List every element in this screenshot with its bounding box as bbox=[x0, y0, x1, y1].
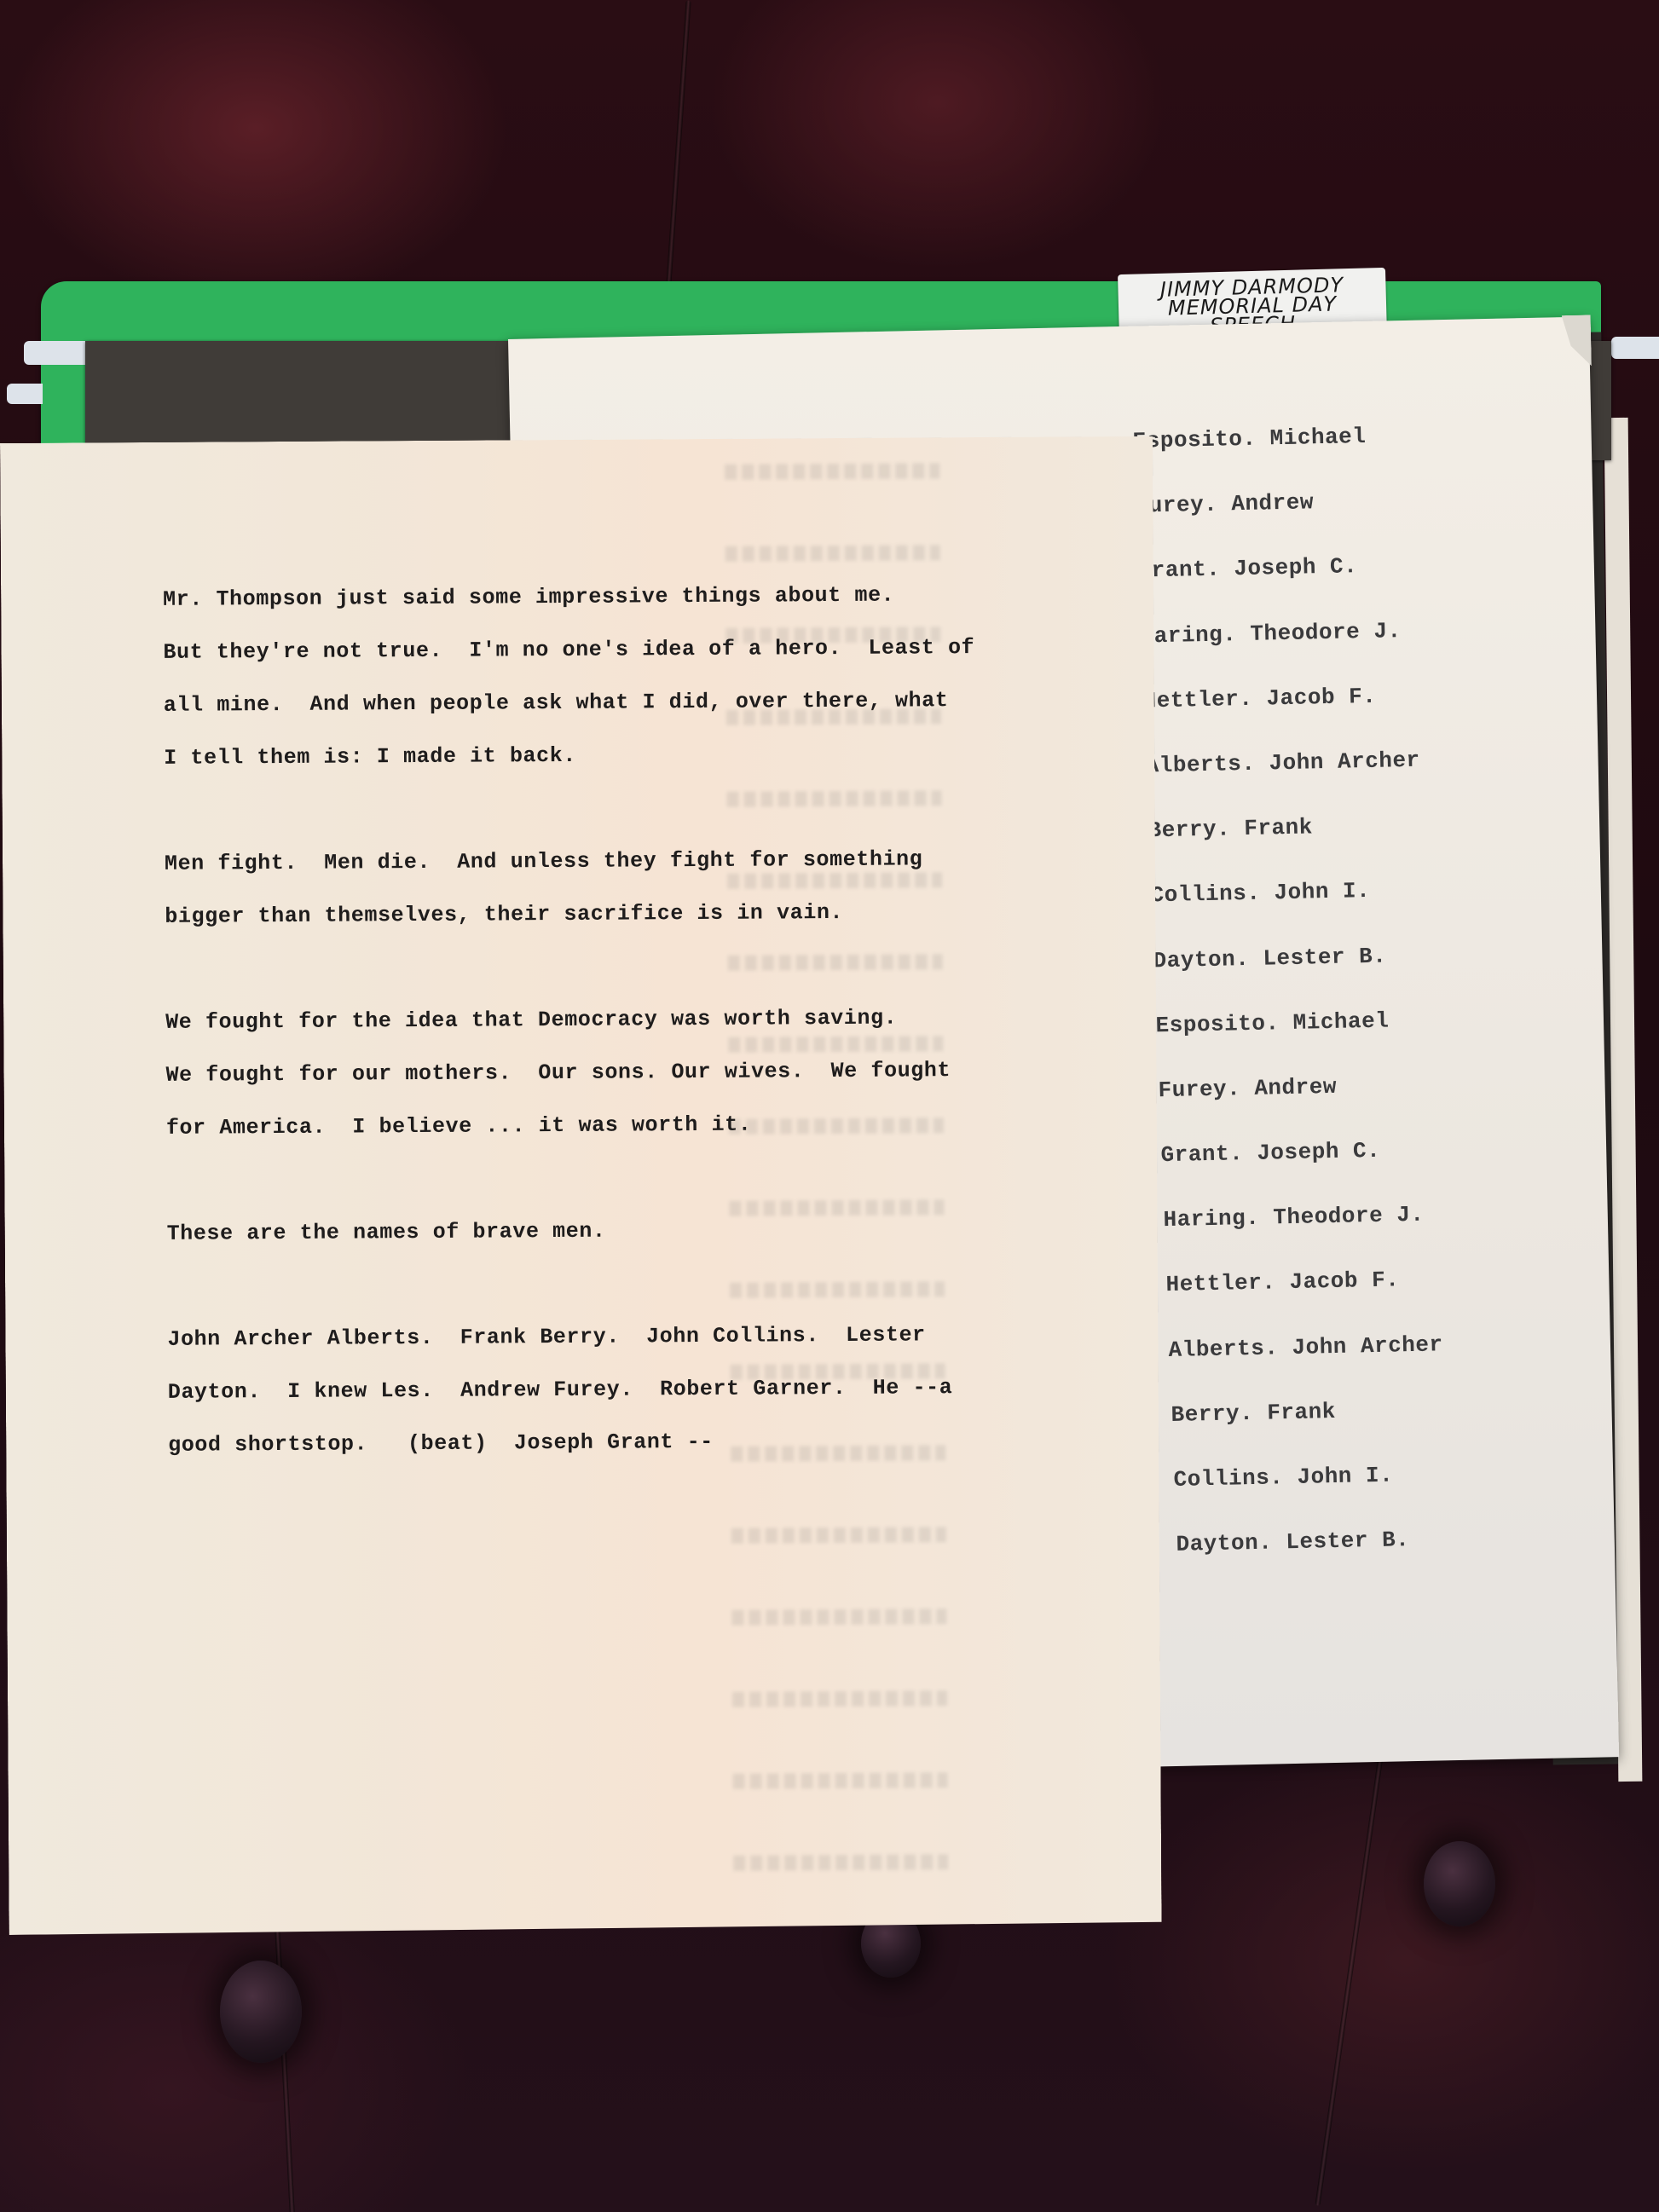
leather-button bbox=[1424, 1841, 1495, 1926]
name-list-item: Berry. Frank bbox=[1153, 1396, 1445, 1467]
folder-hanger-hook bbox=[1611, 337, 1659, 359]
speech-line: Men fight. Men die. And unless they figh… bbox=[165, 846, 1017, 904]
name-list-item: Berry. Frank bbox=[1141, 812, 1433, 883]
speech-line: These are the names of brave men. bbox=[167, 1216, 1020, 1274]
speech-line: John Archer Alberts. Frank Berry. John C… bbox=[167, 1322, 1020, 1380]
leather-crease bbox=[1315, 1749, 1384, 2206]
name-list-item: Esposito. Michael bbox=[1145, 1007, 1437, 1077]
speech-line: good shortstop. (beat) Joseph Grant -- bbox=[168, 1428, 1020, 1486]
name-list-item: Collins. John I. bbox=[1142, 877, 1435, 948]
names-list: Esposito. MichaelFurey. AndrewGrant. Jos… bbox=[1132, 423, 1448, 1597]
speech-line: We fought for our mothers. Our sons. Our… bbox=[165, 1058, 1018, 1116]
speech-line: Dayton. I knew Les. Andrew Furey. Robert… bbox=[168, 1375, 1020, 1433]
torn-corner bbox=[1562, 315, 1592, 367]
speech-line: I tell them is: I made it back. bbox=[164, 741, 1016, 799]
folder-hanger-hook bbox=[7, 384, 43, 404]
speech-paragraph: Men fight. Men die. And unless they figh… bbox=[165, 846, 1018, 957]
name-list-item: Grant. Joseph C. bbox=[1136, 552, 1428, 623]
name-list-item: Haring. Theodore J. bbox=[1148, 1202, 1441, 1273]
name-list-item: Esposito. Michael bbox=[1132, 423, 1425, 494]
name-list-item: Alberts. John Archer bbox=[1139, 747, 1431, 817]
name-list-item: Haring. Theodore J. bbox=[1136, 617, 1429, 688]
speech-paragraph: These are the names of brave men. bbox=[167, 1216, 1020, 1274]
name-list-item: Hettler. Jacob F. bbox=[1138, 682, 1431, 753]
speech-line: But they're not true. I'm no one's idea … bbox=[163, 635, 1015, 693]
speech-line: We fought for the idea that Democracy wa… bbox=[165, 1005, 1018, 1063]
speech-line: for America. I believe ... it was worth … bbox=[166, 1111, 1019, 1169]
name-list-item: Grant. Joseph C. bbox=[1147, 1136, 1440, 1207]
name-list-item: Collins. John I. bbox=[1154, 1461, 1447, 1532]
speech-text: Mr. Thompson just said some impressive t… bbox=[163, 582, 1021, 1539]
speech-line: all mine. And when people ask what I did… bbox=[164, 688, 1016, 746]
name-list-item: Dayton. Lester B. bbox=[1143, 942, 1436, 1013]
speech-paragraph: Mr. Thompson just said some impressive t… bbox=[163, 582, 1016, 799]
name-list-item: Hettler. Jacob F. bbox=[1150, 1267, 1442, 1337]
name-list-item: Furey. Andrew bbox=[1134, 488, 1426, 558]
name-list-item: Furey. Andrew bbox=[1146, 1071, 1438, 1142]
speech-page[interactable]: Mr. Thompson just said some impressive t… bbox=[0, 436, 1162, 1935]
speech-paragraph: John Archer Alberts. Frank Berry. John C… bbox=[167, 1322, 1020, 1486]
speech-line: Mr. Thompson just said some impressive t… bbox=[163, 582, 1015, 640]
name-list-item: Alberts. John Archer bbox=[1152, 1331, 1444, 1402]
speech-paragraph: We fought for the idea that Democracy wa… bbox=[165, 1005, 1019, 1169]
folder-hanger-hook bbox=[24, 341, 85, 365]
name-list-item: Dayton. Lester B. bbox=[1155, 1526, 1448, 1597]
leather-button bbox=[220, 1961, 302, 2063]
speech-line: bigger than themselves, their sacrifice … bbox=[165, 899, 1017, 957]
